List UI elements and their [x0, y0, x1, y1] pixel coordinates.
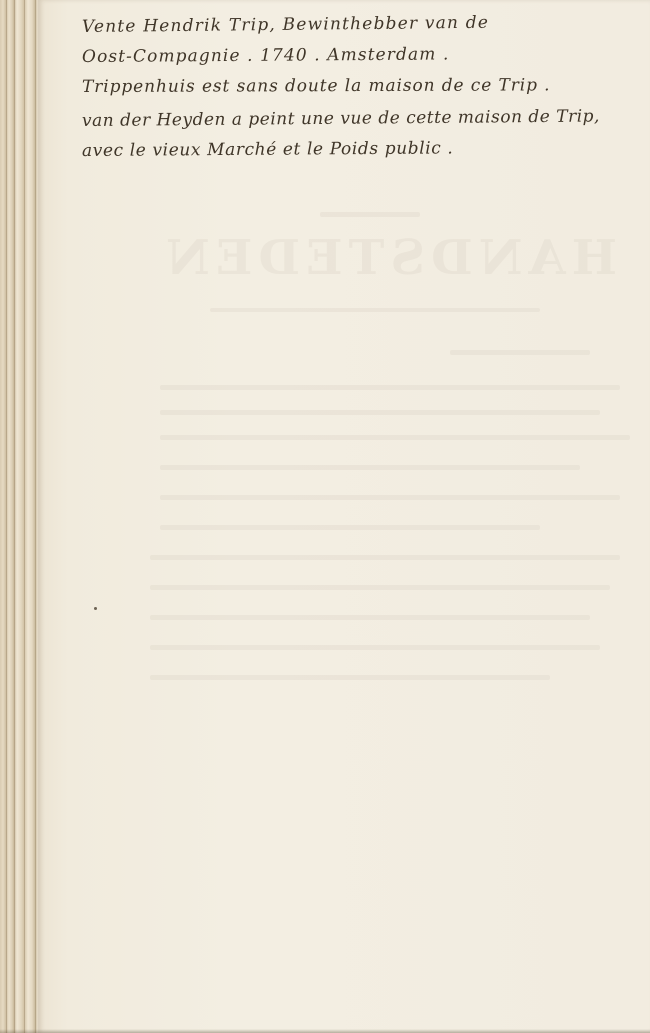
annotation-line-2: Oost-Compagnie . 1740 . Amsterdam . — [82, 38, 642, 72]
annotation-line-1: Vente Hendrik Trip, Bewinthebber van de — [82, 6, 642, 42]
annotation-line-5: avec le vieux Marché et le Poids public … — [82, 132, 642, 166]
page-bottom-shadow — [0, 1029, 650, 1033]
handwritten-annotation: Vente Hendrik Trip, Bewinthebber van de … — [82, 12, 642, 166]
annotation-line-4: van der Heyden a peint une vue de cette … — [82, 101, 642, 136]
scanned-page: HANDSTEDEN Vente Hendrik Trip, Bewintheb… — [0, 0, 650, 1033]
annotation-line-3: Trippenhuis est sans doute la maison de … — [82, 70, 642, 102]
stacked-page-edges — [0, 0, 40, 1033]
paper-speck — [94, 607, 97, 610]
